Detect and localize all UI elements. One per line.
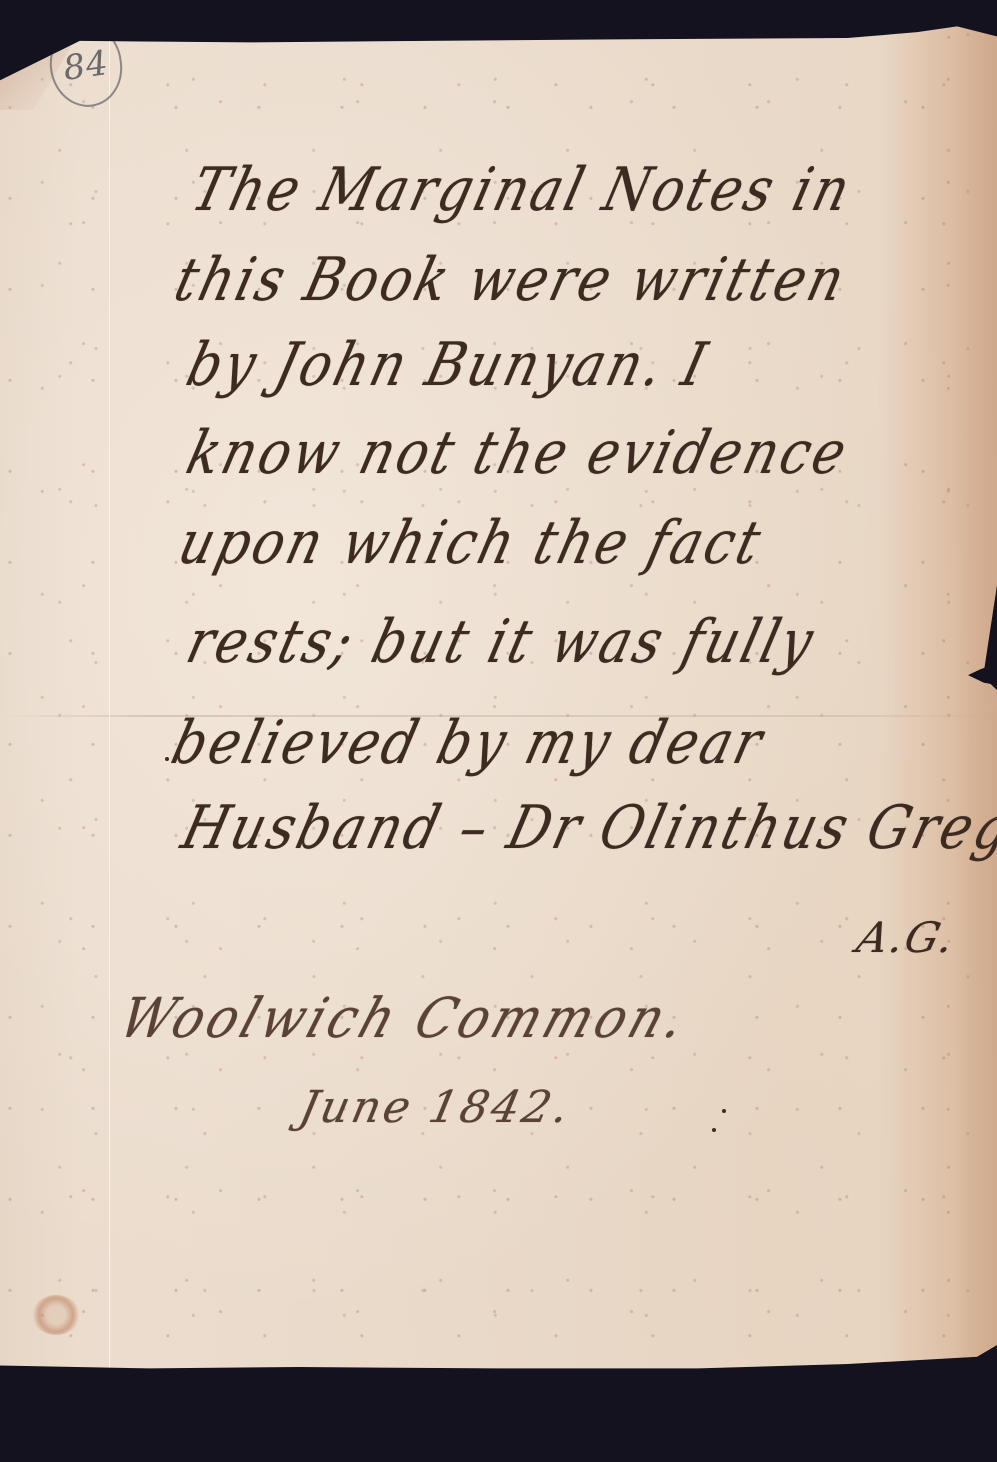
edge-stain (952, 0, 997, 1380)
text-line: this Book were written (168, 246, 854, 315)
ink-dot (165, 757, 169, 761)
text-line: believed by my dear (165, 709, 772, 778)
folio-number: 84 (61, 43, 111, 89)
text-line: know not the evidence (180, 419, 856, 488)
scan-artifact-line (109, 40, 110, 1380)
text-line: upon which the fact (172, 509, 770, 578)
ink-dot (712, 1128, 716, 1132)
date-line: June 1842. (295, 1082, 576, 1133)
manuscript-scan: 84 The Marginal Notes in this Book were … (0, 0, 997, 1462)
foxing-stain (32, 1295, 80, 1335)
text-line: Husband – Dr Olinthus Gregory (175, 794, 997, 863)
place-line: Woolwich Common. (112, 986, 697, 1050)
pencil-folio-number: 84 (45, 20, 128, 111)
signature-initials: A.G. (852, 913, 961, 962)
ink-dot (722, 1109, 726, 1113)
paper-sheet: 84 The Marginal Notes in this Book were … (0, 0, 997, 1462)
text-line: rests; but it was fully (180, 608, 823, 677)
text-line: by John Bunyan. I (180, 331, 716, 400)
text-line: The Marginal Notes in (185, 156, 859, 225)
